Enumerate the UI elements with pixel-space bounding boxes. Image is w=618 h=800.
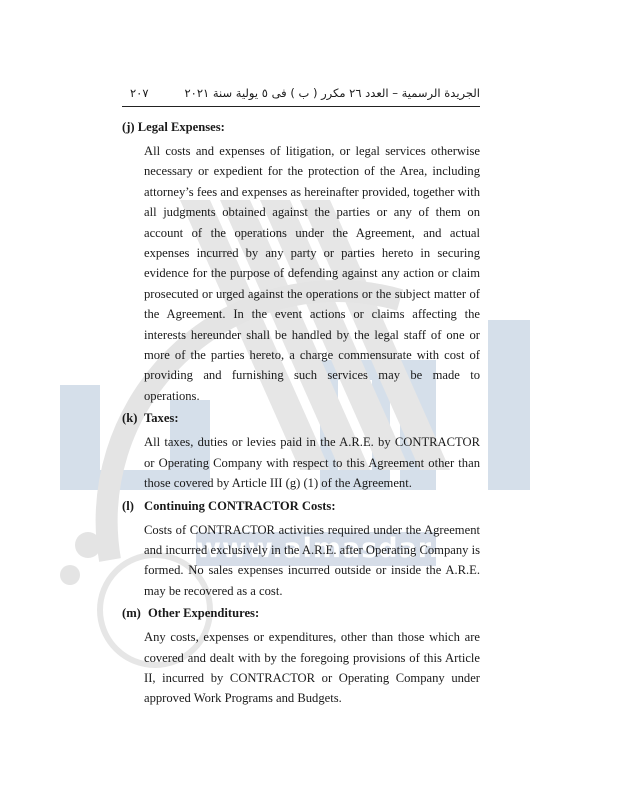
section-label: (k) xyxy=(122,408,144,428)
section-paragraph: Any costs, expenses or expenditures, oth… xyxy=(144,627,480,709)
page-number: ٢٠٧ xyxy=(130,86,149,100)
section-heading: (l)Continuing CONTRACTOR Costs: xyxy=(122,496,480,516)
section-heading: (k)Taxes: xyxy=(122,408,480,428)
section-taxes: (k)Taxes: All taxes, duties or levies pa… xyxy=(122,408,480,493)
section-label: (l) xyxy=(122,496,144,516)
gazette-title: الجريدة الرسمية – العدد ٢٦ مكرر ( ب ) فى… xyxy=(184,86,480,100)
page-header: الجريدة الرسمية – العدد ٢٦ مكرر ( ب ) فى… xyxy=(122,86,480,107)
section-legal-expenses: (j) Legal Expenses: All costs and expens… xyxy=(122,117,480,406)
section-paragraph: All costs and expenses of litigation, or… xyxy=(144,141,480,406)
section-heading: (m)Other Expenditures: xyxy=(122,603,480,623)
section-paragraph: Costs of CONTRACTOR activities required … xyxy=(144,520,480,602)
section-label: (m) xyxy=(122,603,148,623)
section-paragraph: All taxes, duties or levies paid in the … xyxy=(144,432,480,493)
section-title: Legal Expenses: xyxy=(138,117,225,137)
section-title: Taxes: xyxy=(144,408,179,428)
section-other-expenditures: (m)Other Expenditures: Any costs, expens… xyxy=(122,603,480,709)
section-title: Continuing CONTRACTOR Costs: xyxy=(144,496,336,516)
section-heading: (j) Legal Expenses: xyxy=(122,117,480,137)
document-body: (j) Legal Expenses: All costs and expens… xyxy=(122,117,480,711)
section-continuing-contractor-costs: (l)Continuing CONTRACTOR Costs: Costs of… xyxy=(122,496,480,602)
section-title: Other Expenditures: xyxy=(148,603,259,623)
section-label: (j) xyxy=(122,117,135,137)
